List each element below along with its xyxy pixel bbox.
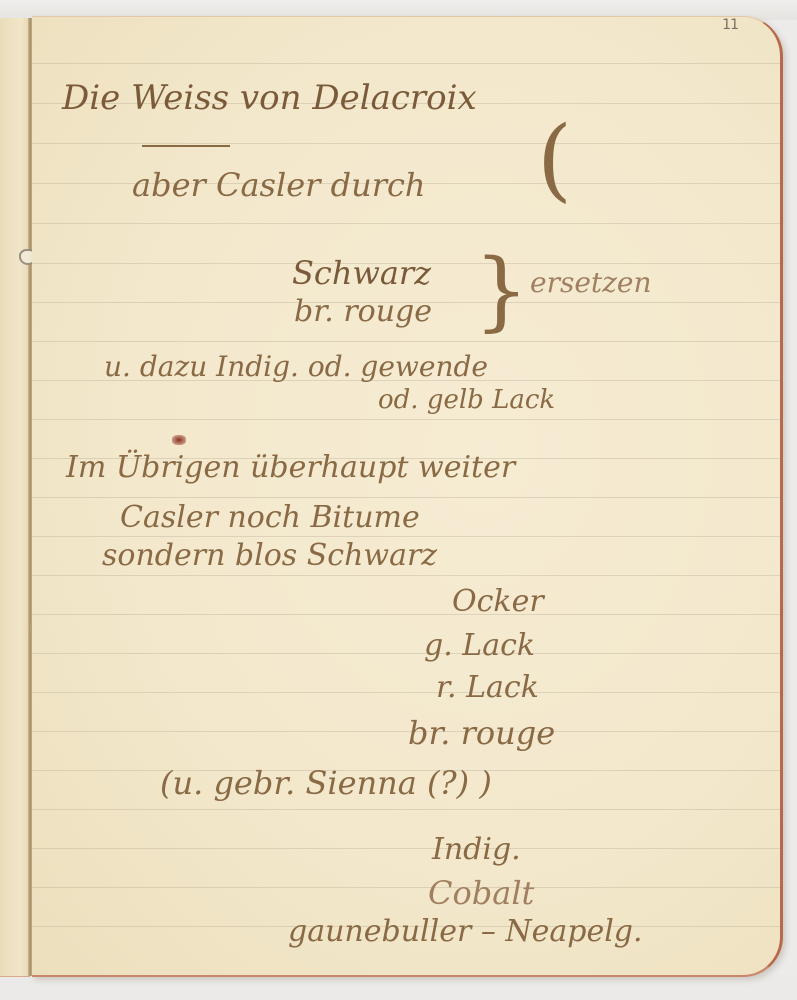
handwritten-line: Casler noch Bitume	[120, 503, 420, 533]
ruled-line	[32, 341, 780, 342]
handwritten-line: ersetzen	[530, 269, 652, 297]
handwritten-line: Ocker	[452, 587, 544, 617]
ruled-line	[32, 143, 780, 144]
handwritten-line: Indig.	[432, 835, 521, 865]
handwritten-line: sondern blos Schwarz	[102, 541, 437, 571]
ruled-line	[32, 692, 780, 693]
ruled-line	[32, 887, 780, 888]
handwritten-line: gaunebuller – Neapelg.	[288, 917, 643, 947]
handwritten-line: Cobalt	[428, 877, 534, 909]
background-bottom	[0, 975, 797, 1000]
ruled-line	[32, 419, 780, 420]
brace-mark: }	[474, 241, 529, 341]
handwritten-line: br. rouge	[408, 717, 555, 749]
parenthesis-mark: (	[537, 107, 572, 212]
facing-page-edge	[0, 18, 30, 977]
ruled-line	[32, 731, 780, 732]
handwritten-text: Die Weiss von Delacroix	[62, 78, 477, 118]
page-number: 11	[722, 17, 738, 33]
handwritten-line: Im Übrigen überhaupt weiter	[66, 453, 515, 483]
ruled-line	[32, 653, 780, 654]
handwritten-line: Die Weiss von Delacroix	[62, 81, 477, 115]
ruled-line	[32, 63, 780, 64]
ruled-line	[32, 809, 780, 810]
handwritten-line: g. Lack	[424, 631, 535, 661]
handwritten-line: r. Lack	[436, 673, 539, 703]
notebook-page: 11 Die Weiss von Delacroix ( aber Casler…	[32, 16, 783, 977]
handwritten-line: u. dazu Indig. od. gewende	[104, 353, 488, 381]
underline-weiss	[142, 145, 230, 147]
handwritten-line: br. rouge	[294, 297, 432, 327]
ruled-line	[32, 536, 780, 537]
handwritten-line: (u. gebr. Sienna (?) )	[160, 767, 492, 799]
ruled-line	[32, 223, 780, 224]
ink-stain	[172, 435, 186, 445]
ruled-line	[32, 575, 780, 576]
ruled-line	[32, 848, 780, 849]
ruled-line	[32, 614, 780, 615]
ruled-line	[32, 497, 780, 498]
handwritten-line: Schwarz	[292, 257, 431, 289]
handwritten-line: od. gelb Lack	[378, 387, 555, 413]
handwritten-line: aber Casler durch	[132, 169, 426, 201]
